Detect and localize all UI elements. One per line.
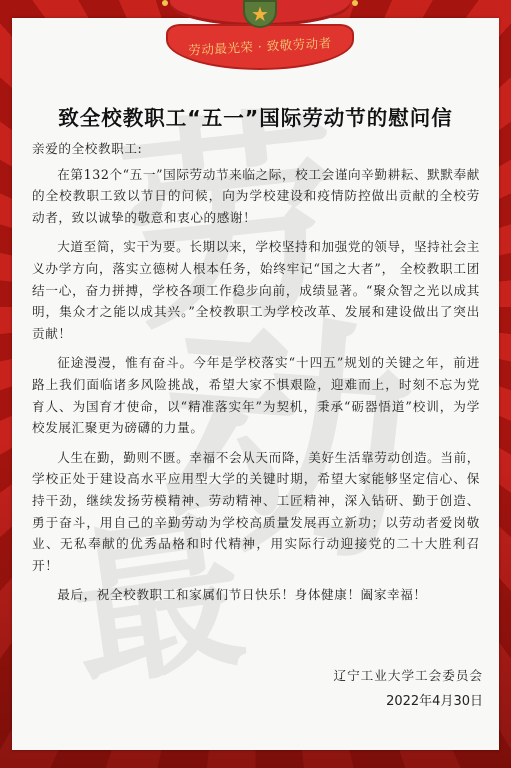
slogan-banner: ★ 劳动最光荣 · 致敬劳动者	[160, 0, 360, 80]
letter-body: 亲爱的全校教职工: 在第132个“五一”国际劳动节来临之际，校工会谨向辛勤耕耘、…	[32, 138, 480, 606]
paragraph: 大道至简，实干为要。长期以来，学校坚持和加强党的领导，坚持社会主义办学方向，落实…	[32, 236, 480, 344]
signature: 辽宁工业大学工会委员会	[333, 665, 483, 684]
paragraph: 人生在勤，勤则不匮。幸福不会从天而降，美好生活靠劳动创造。当前，学校正处于建设高…	[32, 447, 480, 577]
letter-date: 2022年4月30日	[386, 690, 483, 709]
page-title: 致全校教职工“五一”国际劳动节的慰问信	[12, 101, 499, 131]
salutation: 亲爱的全校教职工:	[32, 138, 480, 160]
pin-icon	[352, 0, 358, 6]
pin-icon	[162, 0, 168, 6]
closing-line: 最后，祝全校教职工和家属们节日快乐！身体健康！阖家幸福！	[32, 584, 480, 606]
paragraph: 在第132个“五一”国际劳动节来临之际，校工会谨向辛勤耕耘、默默奉献的全校教职工…	[32, 164, 480, 229]
paragraph: 征途漫漫，惟有奋斗。今年是学校落实“十四五”规划的关键之年，前进路上我们面临诸多…	[32, 352, 480, 438]
